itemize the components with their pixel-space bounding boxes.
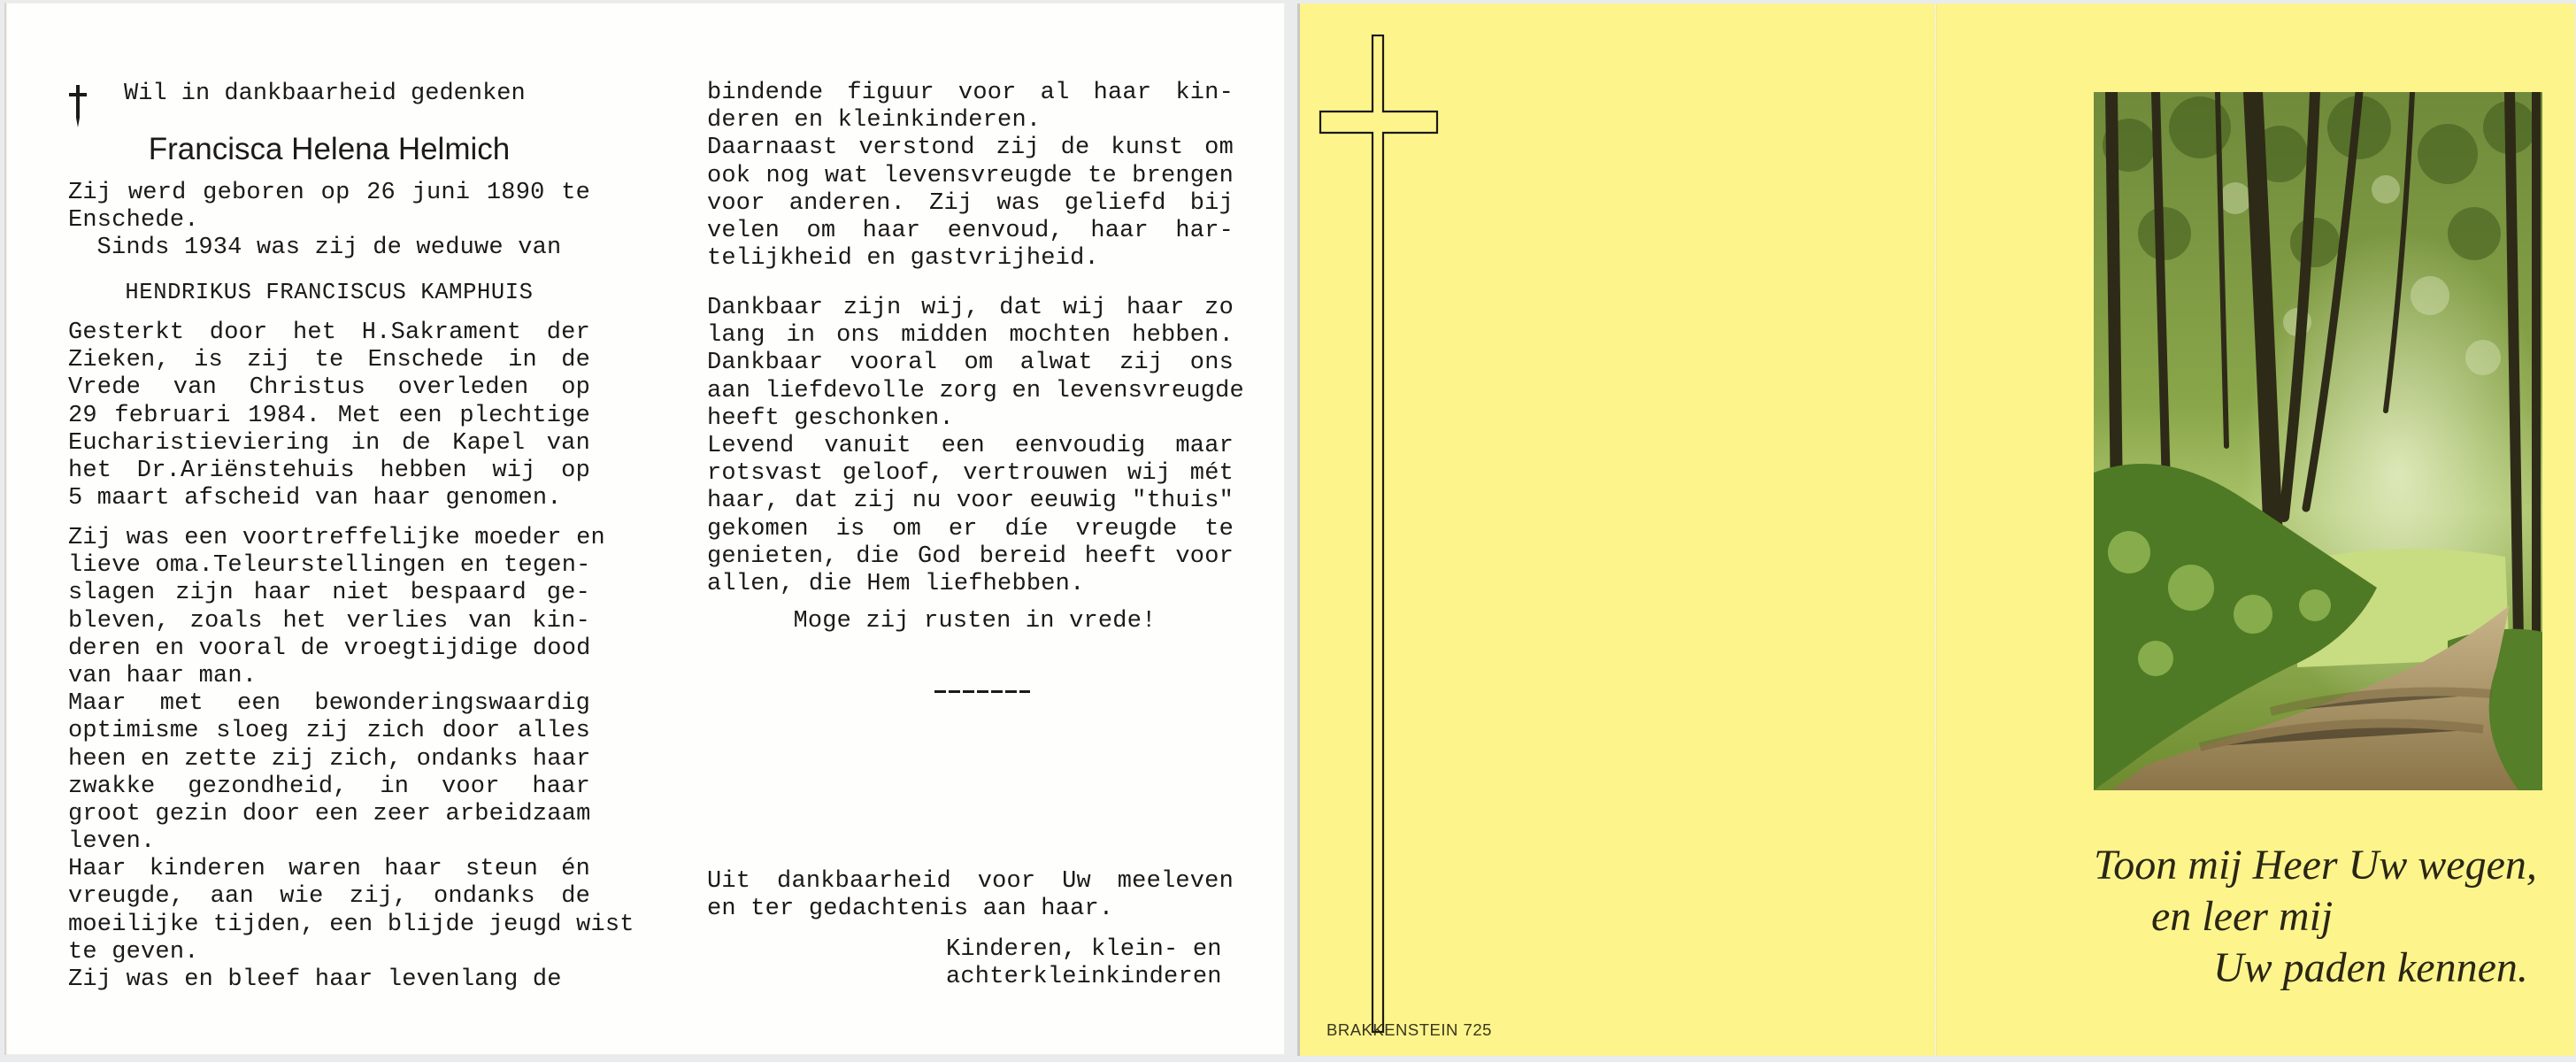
text-line: aan liefdevolle zorg en levensvreugde: [707, 378, 1234, 405]
text-line: leven.: [68, 828, 590, 856]
text-line: Gesterkt door het H.Sakrament der: [68, 319, 590, 347]
widow-line: Sinds 1934 was zij de weduwe van: [68, 235, 590, 262]
text-line: Vrede van Christus overleden op: [68, 374, 590, 402]
deceased-name: Francisca Helena Helmich: [68, 132, 590, 167]
gratitude-paragraph: Dankbaar zijn wij, dat wij haar zolang i…: [707, 295, 1234, 598]
text-line: te geven.: [68, 939, 590, 966]
inside-card: Wil in dankbaarheid gedenken Francisca H…: [4, 3, 1285, 1055]
rest-in-peace: Moge zij rusten in vrede!: [707, 608, 1234, 635]
text-line: Haar kinderen waren haar steun én: [68, 856, 590, 883]
text-line: deren en vooral de vroegtijdige dood: [68, 635, 590, 663]
text-line: allen, die Hem liefhebben.: [707, 571, 1234, 598]
text-line: Eucharistieviering in de Kapel van: [68, 430, 590, 458]
text-line: slagen zijn haar niet bespaard ge-: [68, 580, 590, 607]
text-line: telijkheid en gastvrijheid.: [707, 245, 1234, 273]
text-line: haar, dat zij nu voor eeuwig "thuis": [707, 488, 1234, 515]
continuation-paragraph: bindende figuur voor al haar kin-deren e…: [707, 80, 1234, 273]
text-line: optimisme sloeg zij zich door alles: [68, 718, 590, 745]
spouse-name: HENDRIKUS FRANCISCUS KAMPHUIS: [68, 279, 590, 306]
text-line: heeft geschonken.: [707, 405, 1234, 433]
death-paragraph: Gesterkt door het H.Sakrament derZieken,…: [68, 319, 590, 512]
scripture-verse: Toon mij Heer Uw wegen, en leer mij Uw p…: [2094, 840, 2554, 994]
intro-line: Wil in dankbaarheid gedenken: [124, 81, 526, 107]
text-line: deren en kleinkinderen.: [707, 107, 1234, 135]
text-line: vreugde, aan wie zij, ondanks de: [68, 883, 590, 911]
text-line: lieve oma.Teleurstellingen en tegen-: [68, 552, 590, 580]
text-line: Dankbaar vooral om alwat zij ons: [707, 350, 1234, 377]
text-line: gekomen is om er díe vreugde te: [707, 516, 1234, 543]
text-line: Dankbaar zijn wij, dat wij haar zo: [707, 295, 1234, 322]
fold-line: [1934, 4, 1937, 1056]
cross-dagger-icon: [68, 85, 88, 127]
thanks-paragraph: Uit dankbaarheid voor Uw meeleven en ter…: [707, 868, 1234, 923]
life-paragraph: Zij was een voortreffelijke moeder enlie…: [68, 525, 590, 994]
text-line: bleven, zoals het verlies van kin-: [68, 608, 590, 635]
text-line: Levend vanuit een eenvoudig maar: [707, 433, 1234, 460]
text-line: rotsvast geloof, vertrouwen wij mét: [707, 460, 1234, 488]
text-line: ook nog wat levensvreugde te brengen: [707, 163, 1234, 190]
text-line: het Dr.Ariënstehuis hebben wij op: [68, 458, 590, 485]
text-line: Daarnaast verstond zij de kunst om: [707, 135, 1234, 162]
text-line: groot gezin door een zeer arbeidzaam: [68, 801, 590, 828]
text-line: 29 februari 1984. Met een plechtige: [68, 403, 590, 430]
text-line: 5 maart afscheid van haar genomen.: [68, 485, 590, 512]
text-line: Zieken, is zij te Enschede in de: [68, 347, 590, 374]
text-line: Maar met een bewonderingswaardig: [68, 690, 590, 718]
text-line: zwakke gezondheid, in voor haar: [68, 773, 590, 801]
outline-cross-icon: [1318, 35, 1442, 1035]
text-line: voor anderen. Zij was geliefd bij: [707, 190, 1234, 218]
outside-card: BRAKKENSTEIN 725: [1297, 4, 2575, 1056]
text-line: genieten, die God bereid heeft voor: [707, 543, 1234, 571]
text-line: Zij was en bleef haar levenlang de: [68, 966, 590, 994]
signature: Kinderen, klein- en achterkleinkinderen: [946, 936, 1234, 991]
separator-line: [934, 690, 1030, 693]
text-line: heen en zette zij zich, ondanks haar: [68, 746, 590, 773]
text-line: bindende figuur voor al haar kin-: [707, 80, 1234, 107]
tree-lined-path-photo: [2094, 92, 2542, 790]
text-line: moeilijke tijden, een blijde jeugd wist: [68, 912, 590, 939]
text-line: van haar man.: [68, 663, 590, 690]
text-line: velen om haar eenvoud, haar har-: [707, 218, 1234, 245]
text-line: lang in ons midden mochten hebben.: [707, 322, 1234, 350]
text-line: Zij was een voortreffelijke moeder en: [68, 525, 590, 552]
birth-paragraph: Zij werd geboren op 26 juni 1890 te Ensc…: [68, 180, 590, 263]
